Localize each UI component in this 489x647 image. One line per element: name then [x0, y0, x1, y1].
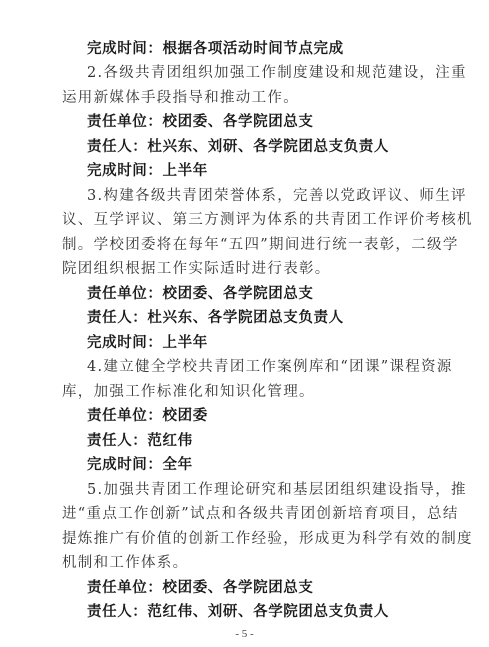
item-5-text-cont: 进“重点工作创新”试点和各级共青团创新培育项目，总结 — [62, 504, 398, 524]
responsible-unit-line: 责任单位：校团委 — [87, 406, 398, 426]
responsible-unit-line: 责任单位：校团委、各学院团总支 — [87, 284, 398, 304]
document-page: 完成时间：根据各项活动时间节点完成 2.各级共青团组织加强工作制度建设和规范建设… — [0, 0, 489, 647]
responsible-unit-line: 责任单位：校团委、各学院团总支 — [87, 578, 398, 598]
responsible-person-line: 责任人：杜兴东、刘研、各学院团总支负责人 — [87, 137, 398, 157]
item-4-text: 4.建立健全学校共青团工作案例库和“团课”课程资源 — [87, 357, 398, 377]
item-5-text-cont: 机制和工作体系。 — [62, 553, 398, 573]
completion-time-line: 完成时间：根据各项活动时间节点完成 — [87, 39, 398, 59]
responsible-unit-line: 责任单位：校团委、各学院团总支 — [87, 112, 398, 132]
completion-time-line: 完成时间：上半年 — [87, 161, 398, 181]
completion-time-line: 完成时间：全年 — [87, 455, 398, 475]
page-number: - 5 - — [0, 628, 489, 640]
responsible-person-line: 责任人：范红伟、刘研、各学院团总支负责人 — [87, 602, 398, 622]
item-3-text: 3.构建各级共青团荣誉体系，完善以党政评议、师生评 — [87, 186, 398, 206]
item-3-text-cont: 制。学校团委将在每年“五四”期间进行统一表彰，二级学 — [62, 235, 398, 255]
item-2-text-cont: 运用新媒体手段指导和推动工作。 — [62, 88, 398, 108]
item-2-text: 2.各级共青团组织加强工作制度建设和规范建设，注重 — [87, 63, 398, 83]
responsible-person-line: 责任人：杜兴东、各学院团总支负责人 — [87, 308, 398, 328]
item-3-text-cont: 院团组织根据工作实际适时进行表彰。 — [62, 259, 398, 279]
item-4-text-cont: 库，加强工作标准化和知识化管理。 — [62, 382, 398, 402]
item-5-text-cont: 提炼推广有价值的创新工作经验，形成更为科学有效的制度 — [62, 529, 398, 549]
item-3-text-cont: 议、互学评议、第三方测评为体系的共青团工作评价考核机 — [62, 210, 398, 230]
responsible-person-line: 责任人：范红伟 — [87, 431, 398, 451]
item-5-text: 5.加强共青团工作理论研究和基层团组织建设指导，推 — [87, 480, 398, 500]
completion-time-line: 完成时间：上半年 — [87, 333, 398, 353]
